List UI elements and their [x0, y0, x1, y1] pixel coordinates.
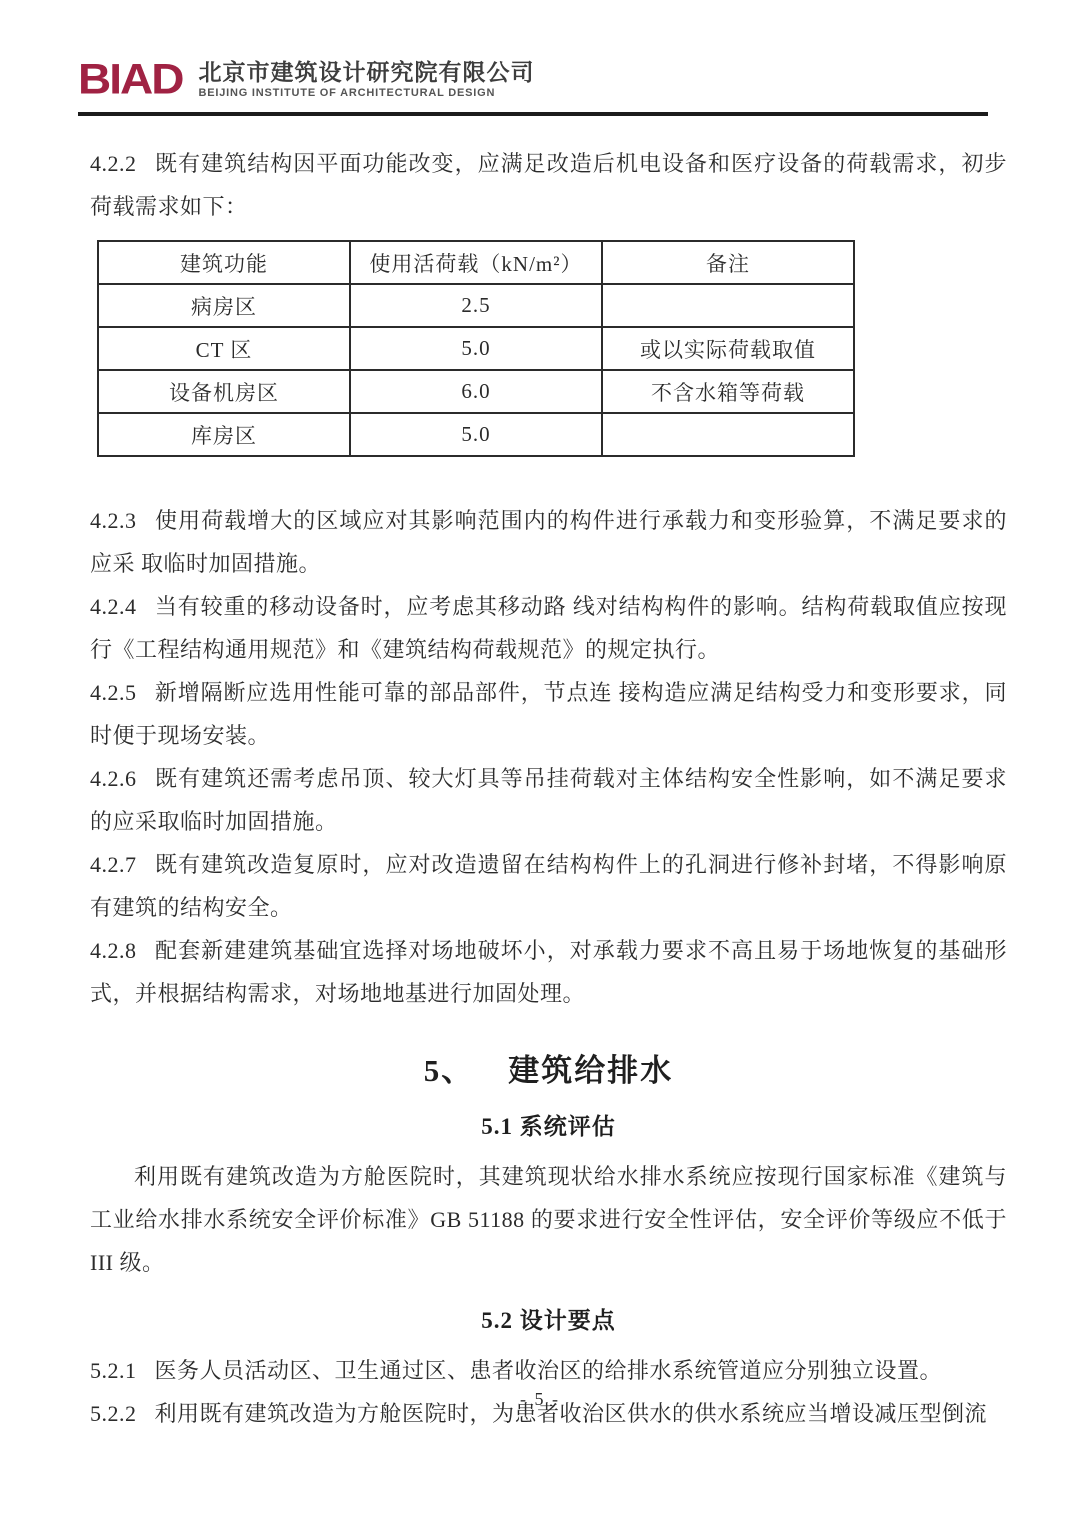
clause-text: 新增隔断应选用性能可靠的部品部件，节点连 接构造应满足结构受力和变形要求，同时便…: [90, 680, 1007, 748]
clause-4-2-8: 4.2.8配套新建建筑基础宜选择对场地破坏小，对承载力要求不高且易于场地恢复的基…: [90, 929, 1007, 1015]
biad-logo: BIAD: [78, 58, 182, 100]
table-header-function: 建筑功能: [98, 241, 350, 284]
section-5-1-body: 利用既有建筑改造为方舱医院时，其建筑现状给水排水系统应按现行国家标准《建筑与工业…: [90, 1155, 1007, 1284]
clause-number: 5.2.1: [90, 1358, 137, 1383]
cell-remark: [602, 284, 854, 327]
clause-number: 4.2.4: [90, 594, 137, 619]
clause-text: 当有较重的移动设备时，应考虑其移动路 线对结构构件的影响。结构荷载取值应按现行《…: [90, 594, 1007, 662]
company-name-block: 北京市建筑设计研究院有限公司 BEIJING INSTITUTE OF ARCH…: [198, 59, 534, 99]
clause-number: 4.2.3: [90, 508, 137, 533]
cell-remark: [602, 413, 854, 456]
clause-4-2-2: 4.2.2既有建筑结构因平面功能改变，应满足改造后机电设备和医疗设备的荷载需求，…: [90, 142, 1007, 228]
cell-load: 5.0: [350, 327, 602, 370]
clause-4-2-4: 4.2.4当有较重的移动设备时，应考虑其移动路 线对结构构件的影响。结构荷载取值…: [90, 585, 1007, 671]
clause-text: 既有建筑还需考虑吊顶、较大灯具等吊挂荷载对主体结构安全性影响，如不满足要求的应采…: [90, 766, 1007, 834]
clause-text: 配套新建建筑基础宜选择对场地破坏小，对承载力要求不高且易于场地恢复的基础形式，并…: [90, 938, 1007, 1006]
clause-text: 医务人员活动区、卫生通过区、患者收治区的给排水系统管道应分别独立设置。: [155, 1358, 943, 1383]
table-header-row: 建筑功能 使用活荷载（kN/m²） 备注: [98, 241, 854, 284]
clause-number: 4.2.5: [90, 680, 137, 705]
table-row-ward: 病房区 2.5: [98, 284, 854, 327]
section-5-1-heading: 5.1 系统评估: [90, 1108, 1007, 1141]
cell-remark: 或以实际荷载取值: [602, 327, 854, 370]
clause-4-2-7: 4.2.7既有建筑改造复原时，应对改造遗留在结构构件上的孔洞进行修补封堵，不得影…: [90, 843, 1007, 929]
clause-number: 4.2.2: [90, 151, 137, 176]
section-5-2-heading: 5.2 设计要点: [90, 1302, 1007, 1335]
clauses-4-2-3-to-4-2-8: 4.2.3使用荷载增大的区域应对其影响范围内的构件进行承载力和变形验算，不满足要…: [90, 499, 1007, 1015]
clause-text: 既有建筑改造复原时，应对改造遗留在结构构件上的孔洞进行修补封堵，不得影响原有建筑…: [90, 852, 1007, 920]
table-header-remarks: 备注: [602, 241, 854, 284]
cell-function: 库房区: [98, 413, 350, 456]
clause-number: 4.2.7: [90, 852, 137, 877]
clause-4-2-3: 4.2.3使用荷载增大的区域应对其影响范围内的构件进行承载力和变形验算，不满足要…: [90, 499, 1007, 585]
section-5-1-paragraph: 利用既有建筑改造为方舱医院时，其建筑现状给水排水系统应按现行国家标准《建筑与工业…: [90, 1155, 1007, 1284]
clause-number: 4.2.8: [90, 938, 137, 963]
section-4-2-body: 4.2.2既有建筑结构因平面功能改变，应满足改造后机电设备和医疗设备的荷载需求，…: [90, 142, 1007, 228]
table-head: 建筑功能 使用活荷载（kN/m²） 备注: [98, 241, 854, 284]
chapter-5-heading: 5、建筑给排水: [90, 1045, 1007, 1090]
cell-function: 病房区: [98, 284, 350, 327]
company-name-chinese: 北京市建筑设计研究院有限公司: [198, 59, 534, 85]
company-name-english: BEIJING INSTITUTE OF ARCHITECTURAL DESIG…: [198, 87, 534, 99]
table-row-equipment-room: 设备机房区 6.0 不含水箱等荷载: [98, 370, 854, 413]
document-page: BIAD 北京市建筑设计研究院有限公司 BEIJING INSTITUTE OF…: [0, 0, 1080, 1528]
clause-4-2-5: 4.2.5新增隔断应选用性能可靠的部品部件，节点连 接构造应满足结构受力和变形要…: [90, 671, 1007, 757]
table-body: 病房区 2.5 CT 区 5.0 或以实际荷载取值 设备机房区 6.0 不含水箱…: [98, 284, 854, 456]
load-requirements-table: 建筑功能 使用活荷载（kN/m²） 备注 病房区 2.5 CT 区 5.0 或以…: [97, 240, 855, 457]
clause-text: 使用荷载增大的区域应对其影响范围内的构件进行承载力和变形验算，不满足要求的应采 …: [90, 508, 1007, 576]
table-row-storage: 库房区 5.0: [98, 413, 854, 456]
page-content: BIAD 北京市建筑设计研究院有限公司 BEIJING INSTITUTE OF…: [0, 0, 1080, 1435]
cell-load: 2.5: [350, 284, 602, 327]
cell-remark: 不含水箱等荷载: [602, 370, 854, 413]
table-row-ct: CT 区 5.0 或以实际荷载取值: [98, 327, 854, 370]
cell-load: 5.0: [350, 413, 602, 456]
clause-number: 4.2.6: [90, 766, 137, 791]
cell-load: 6.0: [350, 370, 602, 413]
clause-4-2-6: 4.2.6既有建筑还需考虑吊顶、较大灯具等吊挂荷载对主体结构安全性影响，如不满足…: [90, 757, 1007, 843]
chapter-number: 5、: [424, 1053, 475, 1088]
document-header: BIAD 北京市建筑设计研究院有限公司 BEIJING INSTITUTE OF…: [78, 56, 988, 116]
cell-function: 设备机房区: [98, 370, 350, 413]
clause-5-2-1: 5.2.1医务人员活动区、卫生通过区、患者收治区的给排水系统管道应分别独立设置。: [90, 1349, 1007, 1392]
clause-text: 既有建筑结构因平面功能改变，应满足改造后机电设备和医疗设备的荷载需求，初步荷载需…: [90, 151, 1007, 219]
table-header-live-load: 使用活荷载（kN/m²）: [350, 241, 602, 284]
cell-function: CT 区: [98, 327, 350, 370]
chapter-title: 建筑给排水: [508, 1053, 673, 1088]
page-number: - 5 -: [0, 1389, 1080, 1410]
